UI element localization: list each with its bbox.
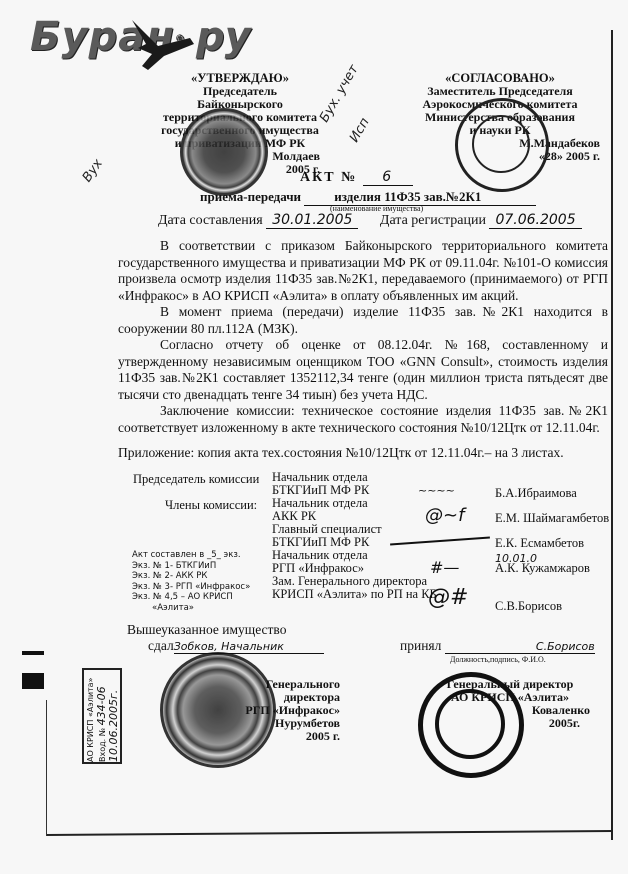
act-number: 6 [363, 169, 413, 186]
page-frame-bottom [46, 830, 613, 836]
signature: @# [428, 585, 468, 610]
page-frame-left [46, 700, 47, 836]
page-frame-right [611, 30, 613, 840]
received: принял С.Борисов [400, 638, 595, 654]
handwritten-note: Вух [80, 156, 106, 185]
signature: #— [430, 558, 459, 577]
handed-over: сдалЗобков, Начальник [148, 638, 324, 654]
property-label: Вышеуказанное имущество [127, 622, 286, 638]
director-left: Генерального директораРГП «Инфракос» Нур… [210, 678, 340, 743]
member-name: А.К. Кужамжаров [495, 561, 590, 576]
chair-label: Председатель комиссии [133, 473, 259, 486]
logo-ru: ру [196, 14, 251, 60]
member-name: Е.М. Шаймагамбетов [495, 511, 609, 526]
stamp-seal [455, 98, 549, 192]
signature: ~~~~ [418, 484, 455, 497]
scan-mark [22, 673, 44, 689]
act-title: АКТ № 6 [300, 169, 413, 186]
stamp-seal [418, 672, 524, 778]
shuttle-icon [128, 18, 198, 72]
date-compiled: 30.01.2005 [266, 212, 358, 229]
member-name: Б.А.Ибраимова [495, 486, 577, 501]
member-positions: Начальник отделаБТКГИиП МФ РК Начальник … [272, 471, 437, 601]
act-body: В соответствии с приказом Байконырского … [118, 238, 608, 436]
stamp-seal [180, 108, 268, 196]
members-label: Члены комиссии: [165, 499, 257, 512]
handwritten-note: Бух. учет [317, 62, 362, 125]
scan-mark [22, 651, 44, 655]
member-name: С.В.Борисов [495, 599, 562, 614]
handwritten-note: Исп [347, 116, 373, 145]
signature: @~f [425, 505, 464, 526]
act-dates: Дата составления 30.01.2005 Дата регистр… [158, 212, 600, 229]
date-registered: 07.06.2005 [489, 212, 581, 229]
signature-note: Должность,подпись, Ф.И.О. [450, 655, 546, 664]
attachment-note: Приложение: копия акта тех.состояния №10… [118, 445, 564, 461]
copies-list: Акт составлен в _5_ экз.Экз. № 1- БТКГИи… [132, 550, 250, 613]
registration-stamp: АО КРИСП «Аэлита» Вход. № 434-06 10.06.2… [82, 668, 122, 764]
